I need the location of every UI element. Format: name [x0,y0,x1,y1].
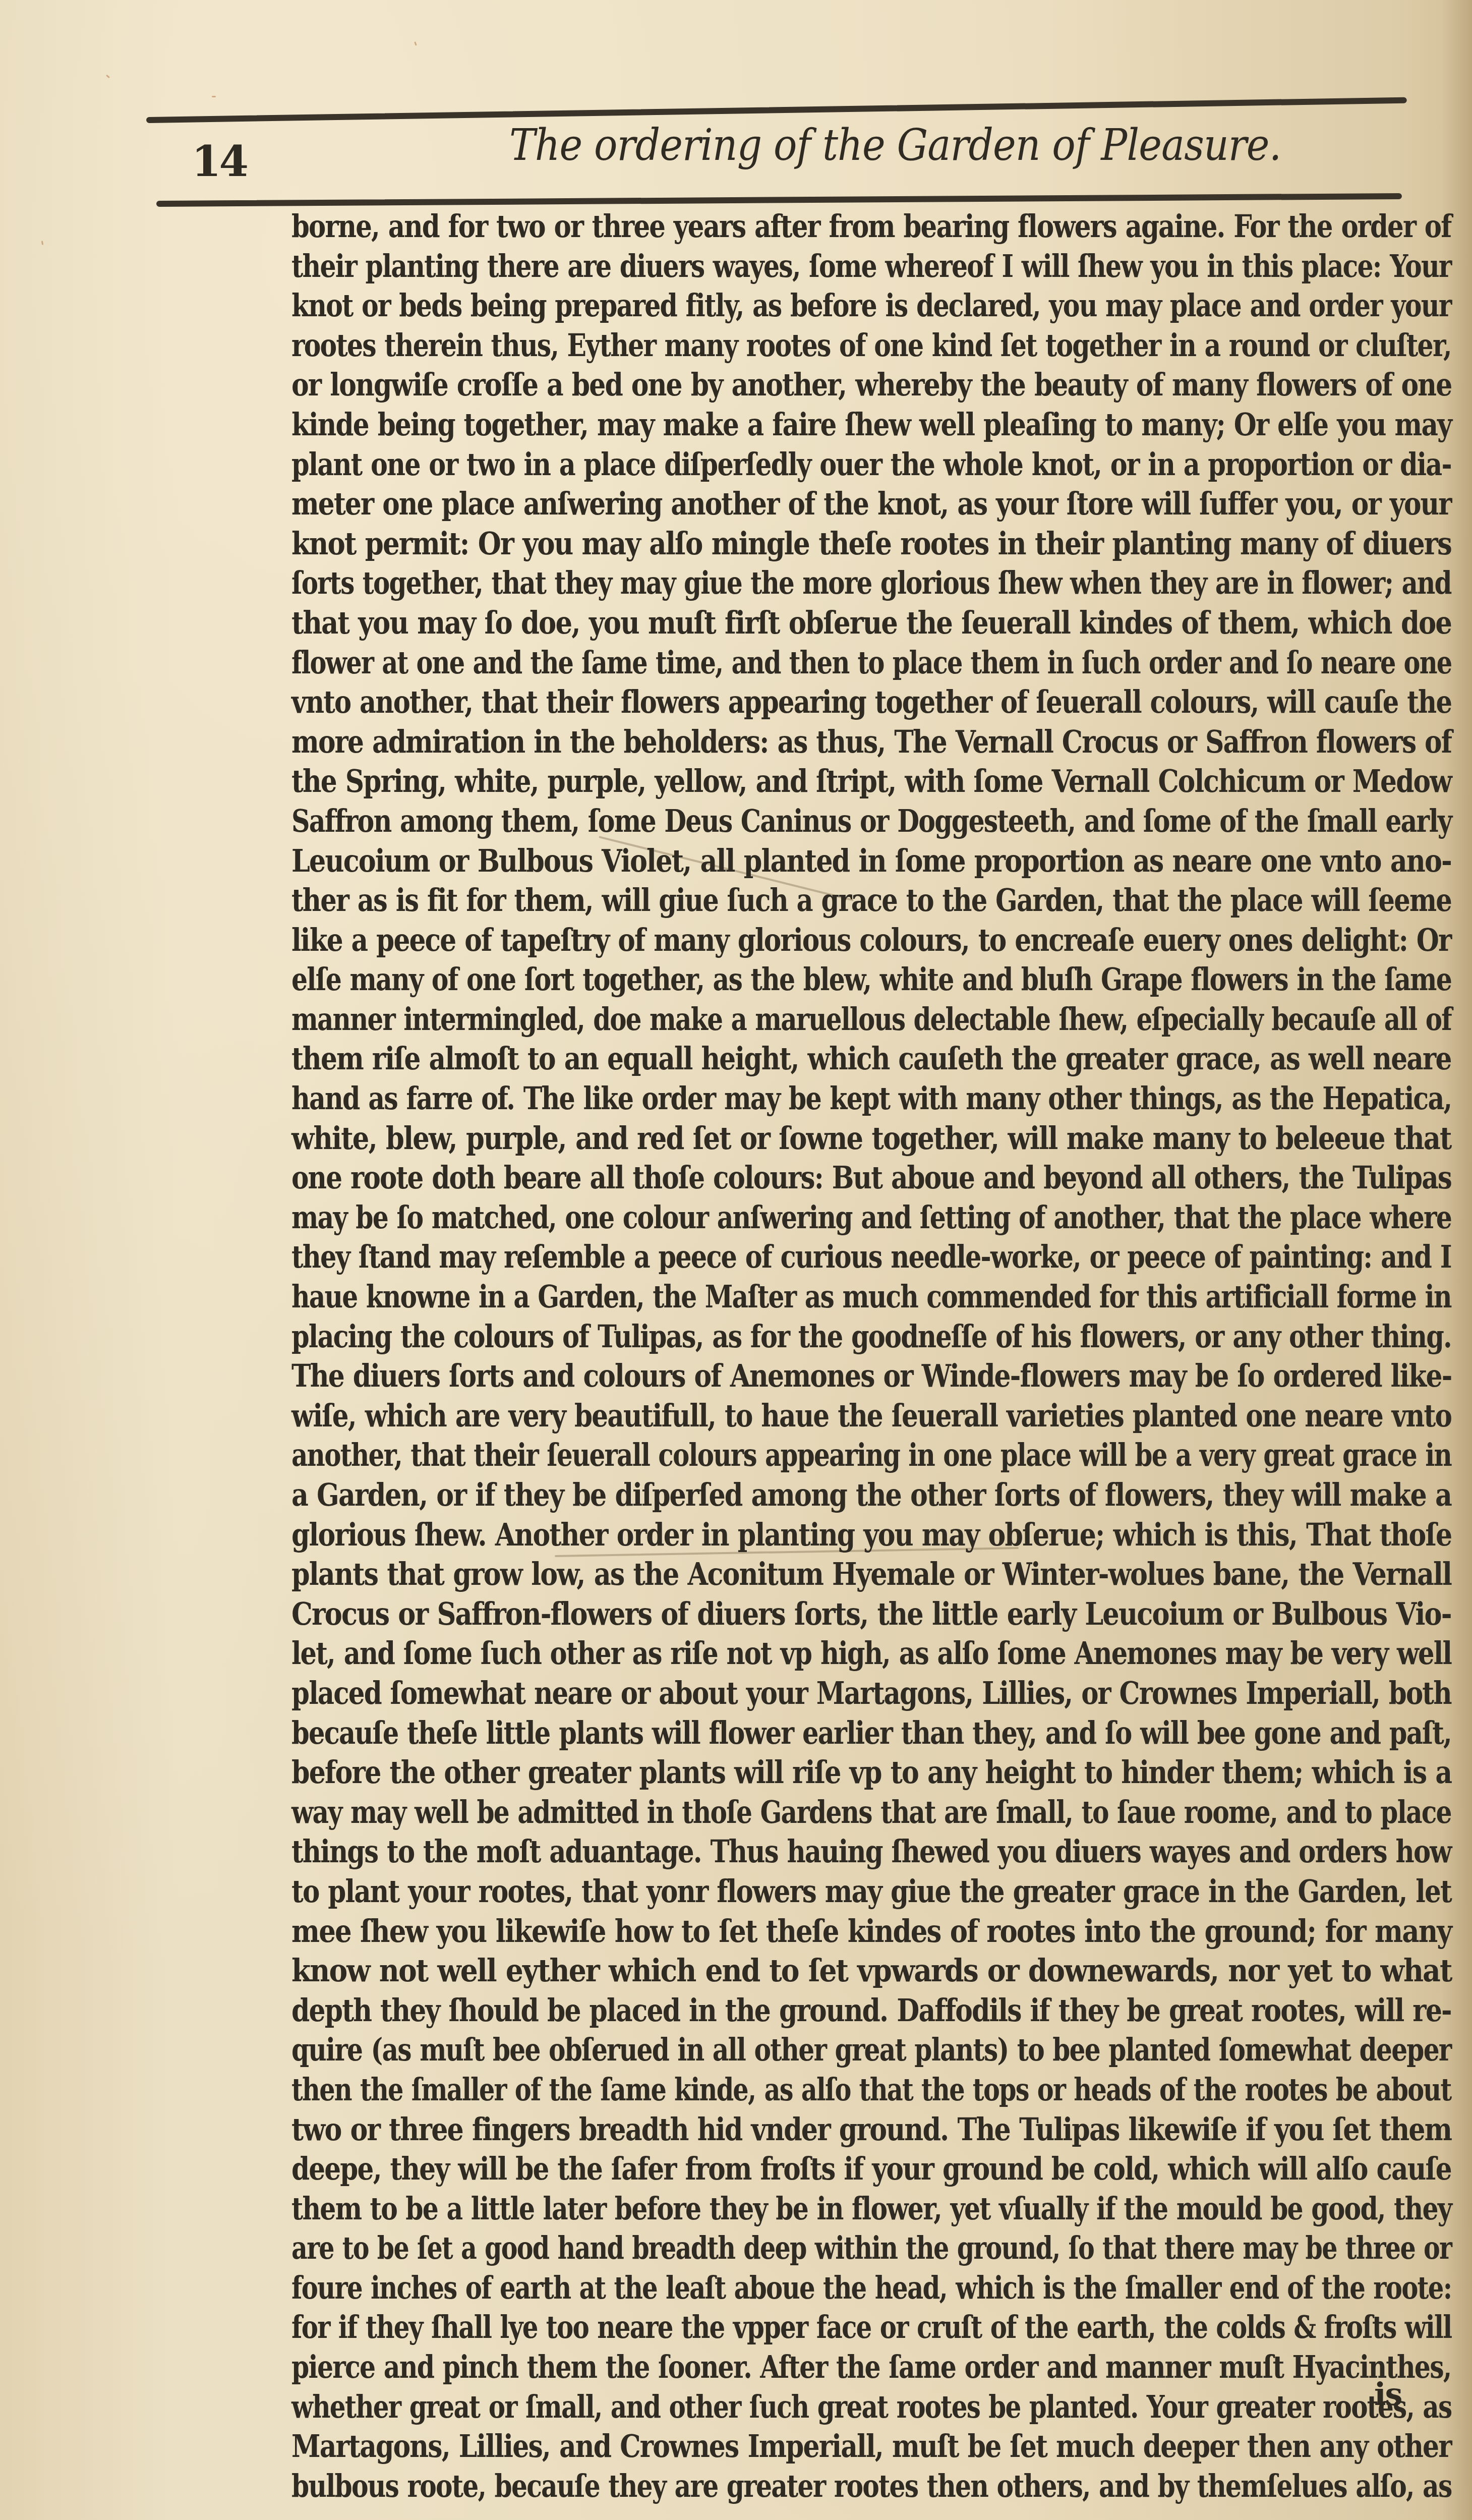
text-line: placed ſomewhat neare or about your Mart… [291,1674,1254,1713]
text-line: hand as farre of. The like order may be … [291,1079,1239,1119]
text-line: whether great or ſmall, and other ſuch g… [291,2387,1227,2427]
text-line: borne, and for two or three years after … [291,207,1252,247]
text-line: may be ſo matched, one colour anſwering … [291,1198,1235,1238]
text-line: let, and ſome ſuch other as riſe not vp … [291,1634,1247,1674]
text-line: becauſe theſe little plants will flower … [291,1713,1248,1753]
text-line: to plant your rootes, that yonr flowers … [291,1872,1256,1912]
text-line: Martagons, Lillies, and Crownes Imperial… [291,2427,1264,2467]
running-title: The ordering of the Garden of Pleasure. [509,120,1281,170]
text-line: glorious ſhew. Another order in planting… [291,1515,1267,1555]
text-line: pierce and pinch them the ſooner. After … [291,2347,1237,2387]
text-line: quire (as muſt bee obſerued in all other… [291,2030,1231,2070]
page-number: 14 [192,136,247,186]
text-line: meter one place anſwering another of the… [291,484,1258,524]
text-line: things to the moſt aduantage. Thus hauin… [291,1832,1250,1872]
text-line: Leucoium or Bulbous Violet, all planted … [291,841,1272,881]
text-line: haue knowne in a Garden, the Maſter as m… [291,1277,1231,1317]
text-line: them to be a little later before they be… [291,2189,1235,2229]
text-line: knot or beds being prepared fitly, as be… [291,286,1237,326]
text-line: kinde being together, may make a faire ſ… [291,405,1258,445]
text-line: placing the colours of Tulipas, as for t… [291,1317,1245,1357]
text-line: bulbous roote, becauſe they are greater … [291,2467,1233,2506]
body-text: borne, and for two or three years after … [291,207,1451,2506]
text-line: ther as is fit for them, will giue ſuch … [291,881,1249,921]
text-line: more admiration in the beholders: as thu… [291,722,1260,762]
text-line: knot permit: Or you may alſo mingle theſ… [291,524,1282,564]
text-line: plants that grow low, as the Aconitum Hy… [291,1555,1272,1594]
text-line: then the ſmaller of the ſame kinde, as a… [291,2070,1214,2110]
text-line: are to be ſet a good hand breadth deep w… [291,2228,1212,2268]
text-line: before the other greater plants will riſ… [291,1753,1268,1793]
text-line: flower at one and the ſame time, and the… [291,643,1214,683]
text-line: depth they ſhould be placed in the groun… [291,1991,1263,2031]
text-line: Crocus or Saffron-flowers of diuers ſort… [291,1594,1275,1634]
text-line: elſe many of one ſort together, as the b… [291,960,1236,1000]
text-line: manner intermingled, doe make a maruello… [291,1000,1224,1040]
text-line: vnto another, that their flowers appeari… [291,682,1248,722]
text-line: them riſe almoſt to an equall height, wh… [291,1039,1260,1079]
text-line: way may well be admitted in thoſe Garden… [291,1793,1231,1832]
text-line: foure inches of earth at the leaſt aboue… [291,2268,1222,2308]
text-line: know not well eyther which end to ſet vp… [291,1951,1323,1991]
text-line: white, blew, purple, and red ſet or ſown… [291,1119,1278,1159]
text-line: ſorts together, that they may giue the m… [291,563,1226,603]
catchword: is [1374,2376,1401,2413]
text-line: deepe, they will be the ſafer from froſt… [291,2149,1258,2189]
text-line: Saffron among them, ſome Deus Caninus or… [291,801,1238,841]
text-line: one roote doth beare all thoſe colours: … [291,1158,1257,1198]
text-line: a Garden, or if they be diſperſed among … [291,1475,1270,1515]
text-line: or longwiſe croſſe a bed one by another,… [291,365,1263,405]
text-line: two or three fingers breadth hid vnder g… [291,2110,1269,2150]
text-line: like a peece of tapeſtry of many gloriou… [291,921,1259,960]
text-line: rootes therein thus, Eyther many rootes … [291,326,1235,366]
text-line: another, that their ſeuerall colours app… [291,1436,1226,1475]
text-line: their planting there are diuers wayes, ſ… [291,247,1236,287]
text-line: for if they ſhall lye too neare the vppe… [291,2308,1224,2347]
text-line: wiſe, which are very beautifull, to haue… [291,1396,1257,1436]
paper-speck [212,96,216,97]
text-line: mee ſhew you likewiſe how to ſet theſe k… [291,1912,1282,1952]
text-line: the Spring, white, purple, yellow, and ſ… [291,762,1259,801]
text-line: plant one or two in a place diſperſedly … [291,445,1244,485]
text-line: that you may ſo doe, you muſt firſt obſe… [291,603,1280,643]
text-line: they ſtand may reſemble a peece of curio… [291,1237,1244,1277]
text-line: The diuers ſorts and colours of Anemones… [291,1356,1263,1396]
